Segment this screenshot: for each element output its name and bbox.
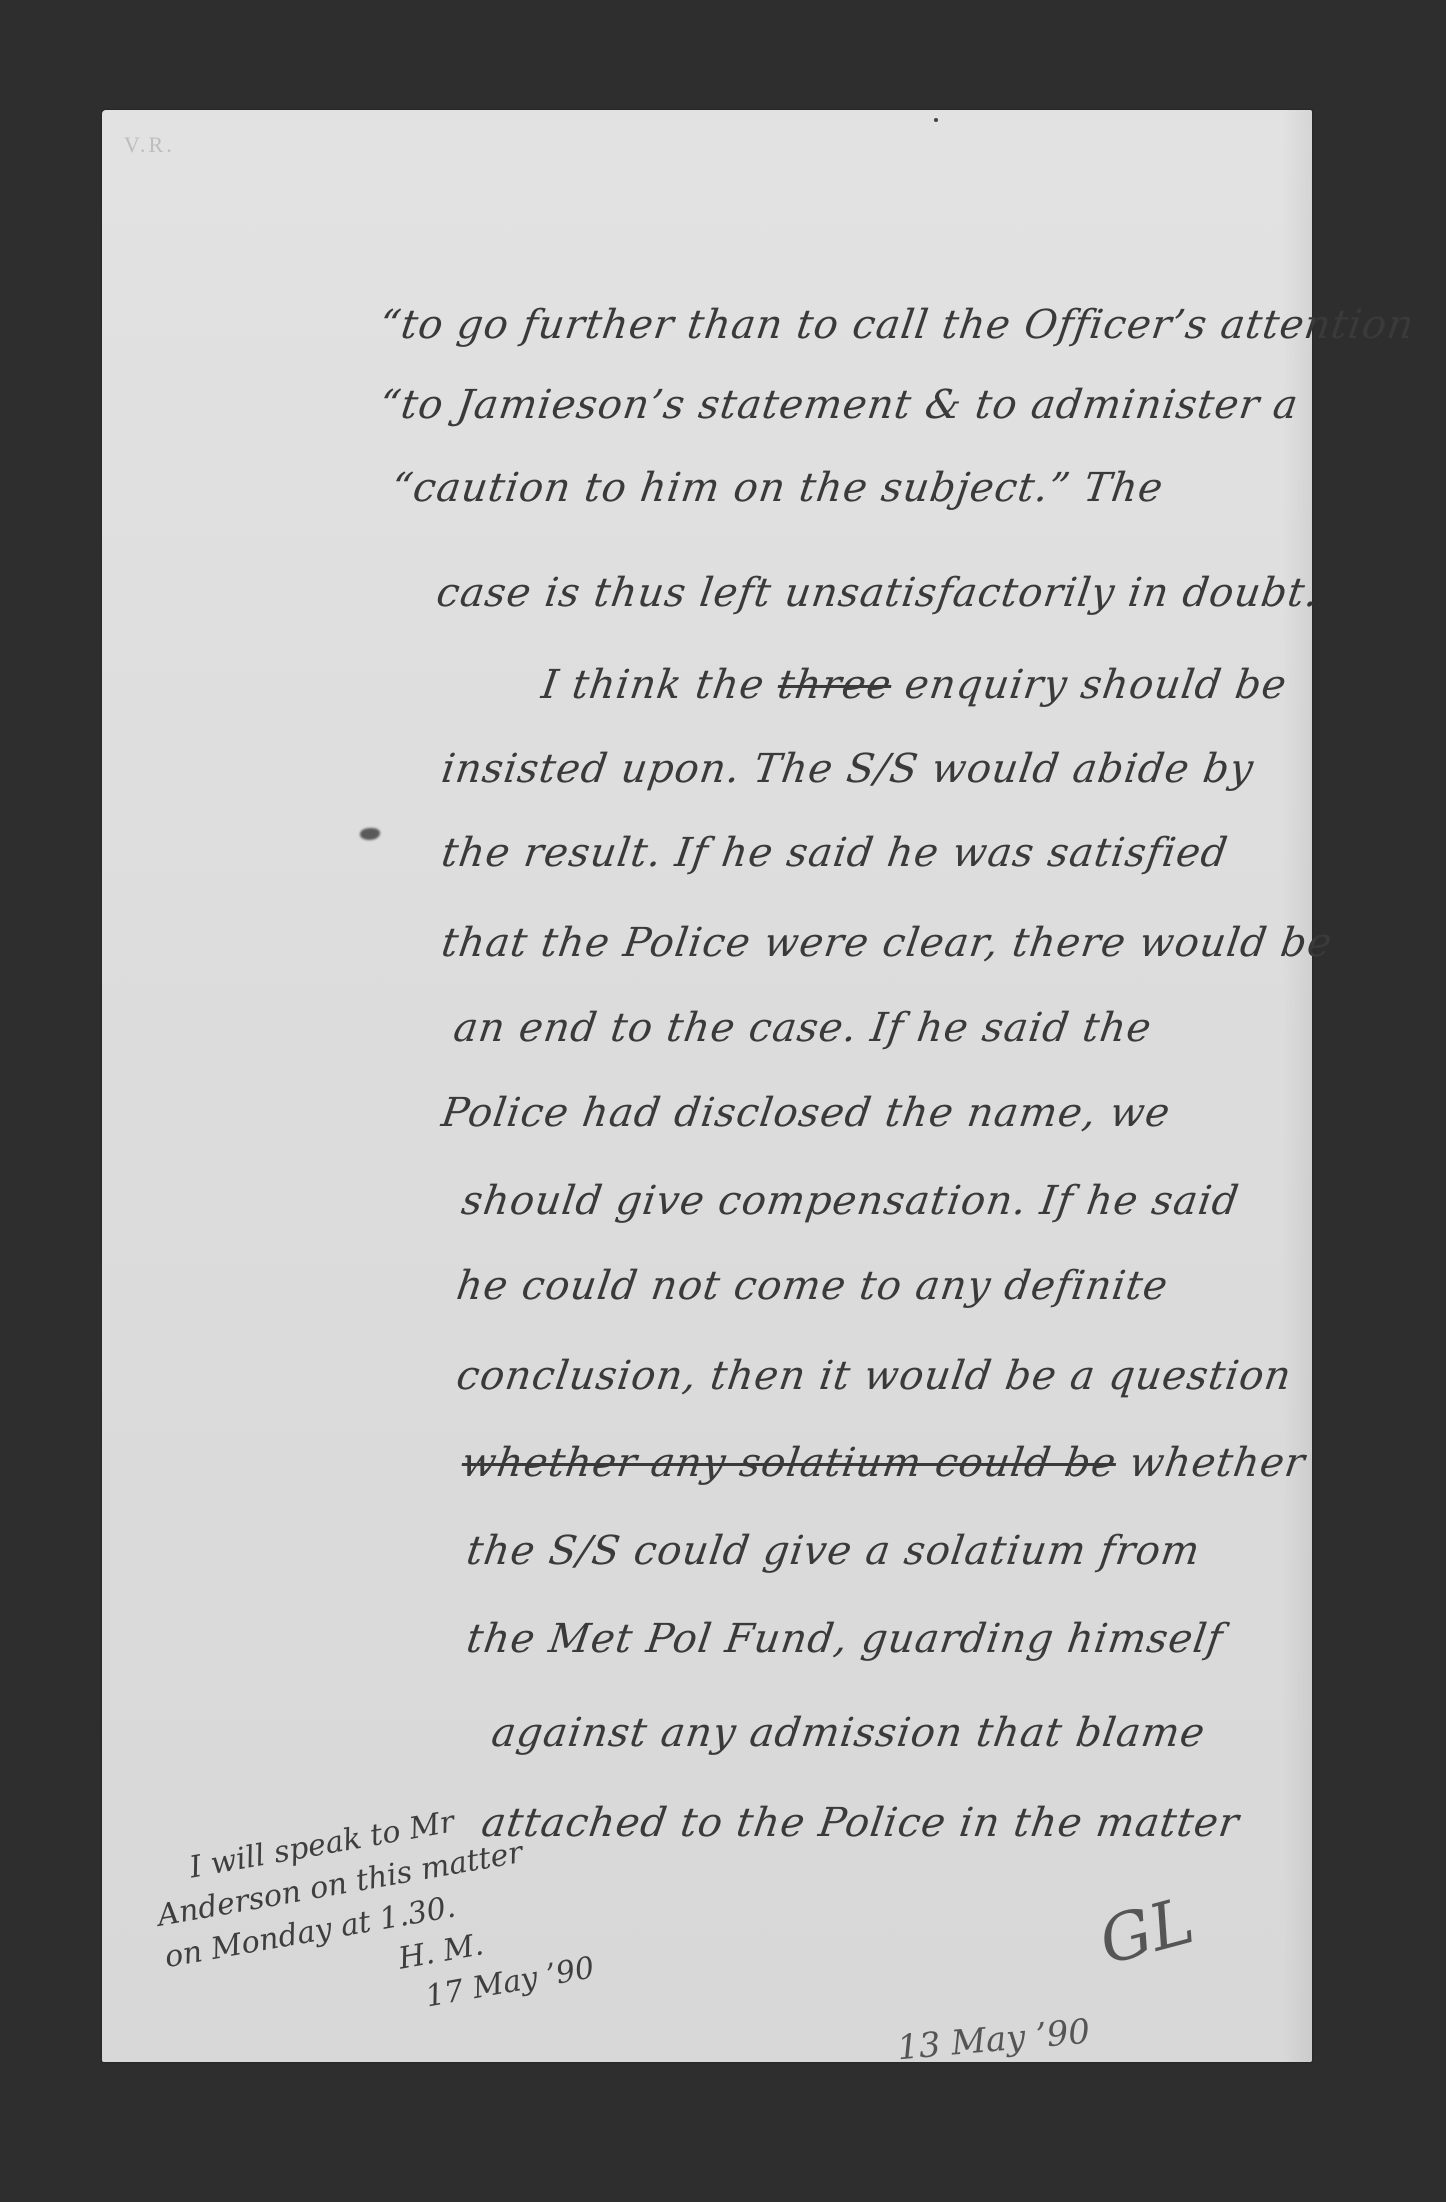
document-date: 13 May ’90	[896, 2012, 1092, 2069]
body-line-3: “caution to him on the subject.” The	[389, 465, 1167, 511]
body-line-5: I think the three enquiry should be	[539, 662, 1290, 708]
manuscript-page: V.R. “to go further than to call the Off…	[102, 110, 1312, 2062]
body-line-11: should give compensation. If he said	[459, 1178, 1242, 1224]
body-line-12: he could not come to any definite	[454, 1263, 1171, 1309]
struck-word: three	[775, 662, 895, 708]
body-line-14: whether any solatium could be whether	[459, 1440, 1309, 1486]
body-line-10: Police had disclosed the name, we	[439, 1090, 1174, 1136]
body-line-1: “to go further than to call the Officer’…	[377, 302, 1418, 348]
body-line-4: case is thus left unsatisfactorily in do…	[434, 570, 1322, 616]
body-line-2: “to Jamieson’s statement & to administer…	[377, 382, 1302, 428]
body-line-5-end: enquiry should be	[902, 662, 1290, 708]
body-line-7: the result. If he said he was satisfied	[439, 830, 1231, 876]
struck-phrase: whether any solatium could be	[459, 1440, 1120, 1486]
body-line-14-end: whether	[1127, 1440, 1309, 1486]
body-line-15: the S/S could give a solatium from	[464, 1528, 1203, 1574]
ink-spot	[934, 118, 938, 122]
punch-hole-mark	[360, 828, 380, 840]
body-line-18: attached to the Police in the matter	[479, 1800, 1243, 1846]
body-line-13: conclusion, then it would be a question	[454, 1353, 1295, 1399]
margin-annotation: I will speak to Mr Anderson on this matt…	[147, 1791, 548, 2062]
signature: GL	[1092, 1884, 1202, 1980]
body-line-16: the Met Pol Fund, guarding himself	[464, 1616, 1226, 1662]
body-line-6: insisted upon. The S/S would abide by	[439, 746, 1257, 792]
body-line-17: against any admission that blame	[489, 1710, 1208, 1756]
body-line-5-start: I think the	[539, 662, 768, 708]
crest-mark: V.R.	[124, 132, 175, 158]
body-line-8: that the Police were clear, there would …	[439, 920, 1336, 966]
body-line-9: an end to the case. If he said the	[451, 1005, 1155, 1051]
